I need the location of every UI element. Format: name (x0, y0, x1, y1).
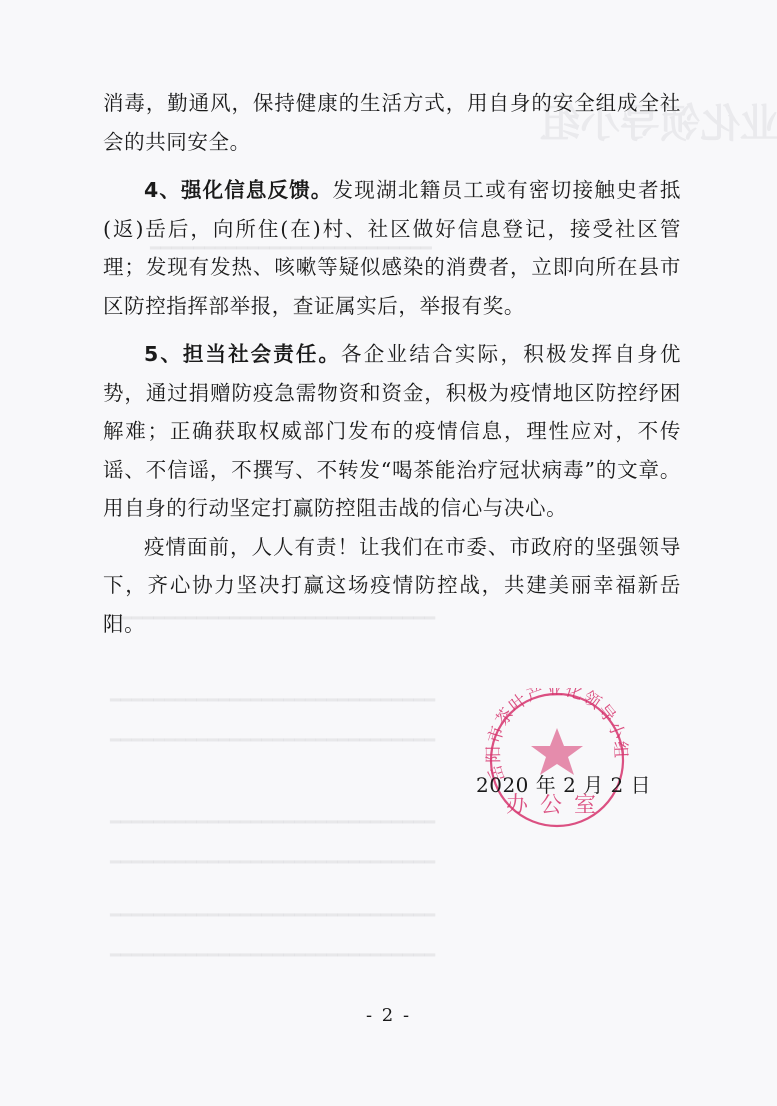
official-seal-stamp: 岳阳市茶叶产业化领导小组 办公室 (478, 688, 636, 828)
bleed-through-line: ━━━━━━━━━━━━━━━━━━━━━━━━━━━━━━ (110, 945, 435, 966)
bleed-through-line: ━━━━━━━━━━━━━━━━━━━━━━━━━━━━━━ (110, 730, 435, 751)
paragraph-continuation: 消毒，勤通风，保持健康的生活方式，用自身的安全组成全社会的共同安全。 (103, 84, 681, 161)
paragraph-item-5: 5、担当社会责任。各企业结合实际，积极发挥自身优势，通过捐赠防疫急需物资和资金，… (103, 335, 681, 528)
paragraph-text: 各企业结合实际，积极发挥自身优势，通过捐赠防疫急需物资和资金，积极为疫情地区防控… (103, 342, 681, 520)
paragraph-text: 消毒，勤通风，保持健康的生活方式，用自身的安全组成全社会的共同安全。 (103, 91, 681, 154)
bleed-through-line: ━━━━━━━━━━━━━━━━━━━━━━━━━━━━━━ (110, 905, 435, 926)
star-icon (531, 728, 583, 775)
paragraph-text: 疫情面前，人人有责！让我们在市委、市政府的坚强领导下，齐心协力坚决打赢这场疫情防… (103, 535, 681, 636)
bleed-through-line: ━━━━━━━━━━━━━━━━━━━━━━━━━━━━━━ (110, 812, 435, 833)
paragraph-item-4: 4、强化信息反馈。发现湖北籍员工或有密切接触史者抵(返)岳后，向所住(在)村、社… (103, 171, 681, 325)
bleed-through-line: ━━━━━━━━━━━━━━━━━━━━━━━━━━━━━━ (110, 690, 435, 711)
paragraph-heading: 5、担当社会责任。 (144, 342, 341, 366)
document-page: 岳阳市茶叶产业化领导小组 ━━━━━━━━━━━━━━━━━━━━━━━━━━ … (0, 0, 777, 1106)
document-body: 消毒，勤通风，保持健康的生活方式，用自身的安全组成全社会的共同安全。 4、强化信… (103, 84, 681, 643)
paragraph-closing: 疫情面前，人人有责！让我们在市委、市政府的坚强领导下，齐心协力坚决打赢这场疫情防… (103, 528, 681, 644)
document-date: 2020 年 2 月 2 日 (476, 769, 651, 798)
page-number: - 2 - (0, 1005, 777, 1026)
bleed-through-line: ━━━━━━━━━━━━━━━━━━━━━━━━━━━━━━ (110, 852, 435, 873)
paragraph-heading: 4、强化信息反馈。 (144, 178, 332, 202)
